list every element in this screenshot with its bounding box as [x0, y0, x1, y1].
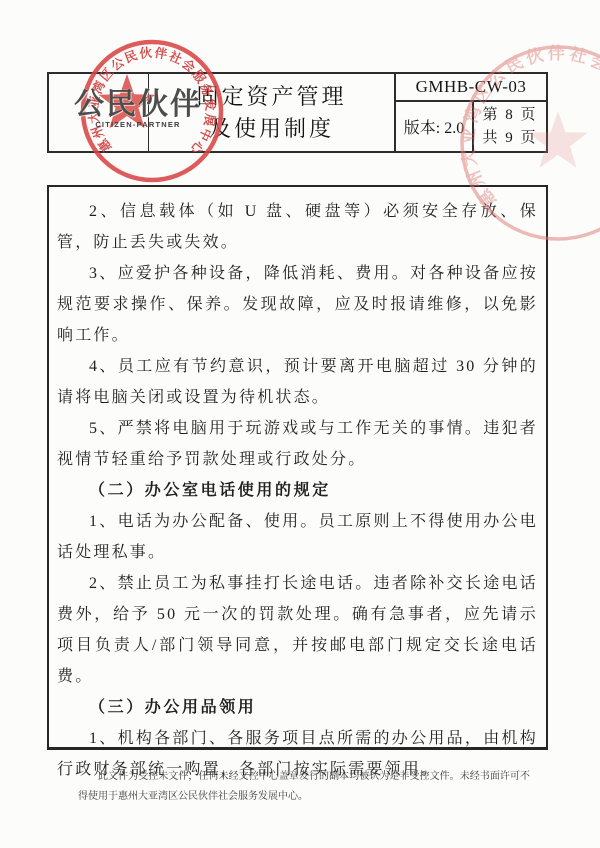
seal-ring [462, 47, 600, 239]
document-body: 2、信息载体（如 U 盘、硬盘等）必须安全存放、保管，防止丢失或失效。 3、应爱… [47, 185, 548, 750]
section-heading: （三）办公用品领用 [57, 692, 538, 723]
paragraph: 2、禁止员工为私事挂打长途电话。违者除补交长途电话费外，给予 50 元一次的罚款… [57, 568, 538, 692]
paragraph: 5、严禁将电脑用于玩游戏或与工作无关的事情。违犯者视情节轻重给予罚款处理或行政处… [57, 413, 538, 475]
paragraph: 4、员工应有节约意识，预计要离开电脑超过 30 分钟的请将电脑关闭或设置为待机状… [57, 351, 538, 413]
seal-ring-text: 惠州大亚湾区公民伙伴社会服务发展中心 [458, 43, 600, 211]
paragraph: 1、电话为办公配备、使用。员工原则上不得使用办公电话处理私事。 [57, 506, 538, 568]
organization-logotype: 公民伙伴 [62, 90, 214, 120]
star-icon [528, 111, 588, 168]
paragraph: 3、应爱护各种设备，降低消耗、费用。对各种设备应按规范要求操作、保养。发现故障，… [57, 258, 538, 351]
controlled-document-note: 此文件为受控未文件，任何未经文控中心盖章发行的副本均被认为是非受控文件。未经书面… [78, 767, 530, 807]
faint-seal-stamp: 惠州大亚湾区公民伙伴社会服务发展中心 [453, 38, 600, 248]
document-page: 固定资产管理 及使用制度 GMHB-CW-03 版本: 2.0 第 8 页 共 … [0, 0, 600, 848]
organization-logotype-en: CITIZEN-PARTNER [62, 120, 214, 129]
section-heading: （二）办公室电话使用的规定 [57, 475, 538, 506]
